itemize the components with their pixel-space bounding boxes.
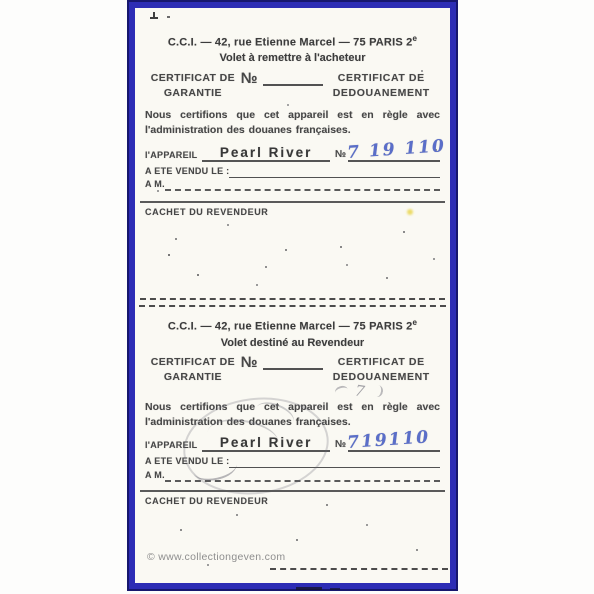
- certificat-garantie-line2-2: GARANTIE: [164, 371, 222, 383]
- serial-number-handwritten-2: 719110: [347, 427, 431, 453]
- pencil-scribble-seven: 7: [354, 381, 366, 400]
- sold-to-label: A M.: [145, 179, 165, 191]
- border-ink-mark-small: [330, 588, 340, 590]
- scan-speckle-noise: [135, 8, 137, 10]
- certificat-garantie-heading-2: CERTIFICAT DE GARANTIE: [145, 355, 241, 385]
- certification-text-line1: Nous certifions que cet appareil est en …: [145, 108, 440, 123]
- org-address-sup: e: [412, 34, 417, 43]
- sold-to-label-2: A M.: [145, 470, 165, 482]
- certificate-heading-row-2: CERTIFICAT DE GARANTIE № CERTIFICAT DE D…: [145, 355, 440, 385]
- appliance-brand-blank: Pearl River: [202, 144, 329, 162]
- registration-mark: [150, 12, 184, 21]
- org-address-text: C.C.I. — 42, rue Etienne Marcel — 75 PAR…: [168, 37, 413, 49]
- watermark-credit: © www.collectiongeven.com: [147, 551, 285, 563]
- pencil-scribble-arc-left: [334, 384, 349, 397]
- certificat-dedouanement-line1: CERTIFICAT DE: [338, 72, 425, 84]
- card-frame-blue: C.C.I. — 42, rue Etienne Marcel — 75 PAR…: [129, 2, 456, 589]
- dealer-stamp-box: CACHET DU REVENDEUR: [140, 201, 445, 300]
- bottom-dashed-line: [270, 568, 448, 570]
- registration-mark-stem: [153, 12, 155, 18]
- registration-mark-dot: [167, 16, 170, 18]
- certificat-garantie-heading: CERTIFICAT DE GARANTIE: [145, 71, 241, 101]
- border-ink-mark: [296, 587, 322, 590]
- certificat-dedouanement-line2: DEDOUANEMENT: [333, 87, 430, 99]
- numero-blank-line-2: [263, 356, 323, 370]
- serial-number-handwritten: 7 19 110: [347, 136, 447, 163]
- dealer-stamp-label: CACHET DU REVENDEUR: [145, 207, 445, 217]
- certificat-garantie-line2: GARANTIE: [164, 87, 222, 99]
- appliance-brand-stamp: Pearl River: [220, 145, 313, 160]
- certificat-garantie-line1-2: CERTIFICAT DE: [151, 356, 235, 368]
- pencil-scribble-arc-right: [371, 384, 384, 398]
- perforation-line: [139, 305, 446, 307]
- appliance-numero-symbol: №: [335, 149, 346, 162]
- sold-date-field: A ETE VENDU LE :: [145, 166, 440, 178]
- serial-blank-line: 7 19 110: [348, 142, 440, 162]
- sold-date-label: A ETE VENDU LE :: [145, 166, 229, 178]
- certificat-dedouanement-line1-2: CERTIFICAT DE: [338, 356, 425, 368]
- appliance-numero-symbol-2: №: [335, 439, 346, 452]
- certificat-dedouanement-heading: CERTIFICAT DE DEDOUANEMENT: [323, 71, 440, 101]
- appliance-name-field: l'APPAREIL Pearl River № 7 19 110: [145, 142, 440, 162]
- sold-date-blank-line: [229, 166, 440, 178]
- volet-subtitle: Volet à remettre à l'acheteur: [145, 52, 440, 64]
- pencil-scribble: 7: [335, 382, 383, 400]
- serial-blank-line-2: 719110: [348, 432, 440, 452]
- numero-field-2: №: [241, 355, 323, 371]
- dealer-stamp-label-2: CACHET DU REVENDEUR: [145, 496, 445, 506]
- volet-subtitle-2: Volet destiné au Revendeur: [145, 337, 440, 349]
- org-address-sup-2: e: [412, 318, 417, 327]
- card-frame-outer: C.C.I. — 42, rue Etienne Marcel — 75 PAR…: [127, 0, 458, 591]
- numero-blank-line: [263, 72, 323, 86]
- sold-to-blank-line: [165, 178, 440, 191]
- numero-field: №: [241, 71, 323, 87]
- certificat-dedouanement-heading-2: CERTIFICAT DE DEDOUANEMENT: [323, 355, 440, 385]
- certificat-garantie-line1: CERTIFICAT DE: [151, 72, 235, 84]
- org-address-line: C.C.I. — 42, rue Etienne Marcel — 75 PAR…: [145, 34, 440, 49]
- appliance-label: l'APPAREIL: [145, 150, 197, 162]
- warranty-document: C.C.I. — 42, rue Etienne Marcel — 75 PAR…: [135, 8, 450, 583]
- certification-text-line2: l'administration des douanes françaises.: [145, 123, 440, 138]
- numero-symbol: №: [241, 71, 258, 86]
- certification-text: Nous certifions que cet appareil est en …: [145, 108, 440, 138]
- numero-symbol-2: №: [241, 355, 258, 370]
- org-address-text-2: C.C.I. — 42, rue Etienne Marcel — 75 PAR…: [168, 321, 413, 333]
- sold-to-field: A M.: [145, 178, 440, 191]
- org-address-line-2: C.C.I. — 42, rue Etienne Marcel — 75 PAR…: [145, 318, 440, 333]
- certificate-heading-row: CERTIFICAT DE GARANTIE № CERTIFICAT DE D…: [145, 71, 440, 101]
